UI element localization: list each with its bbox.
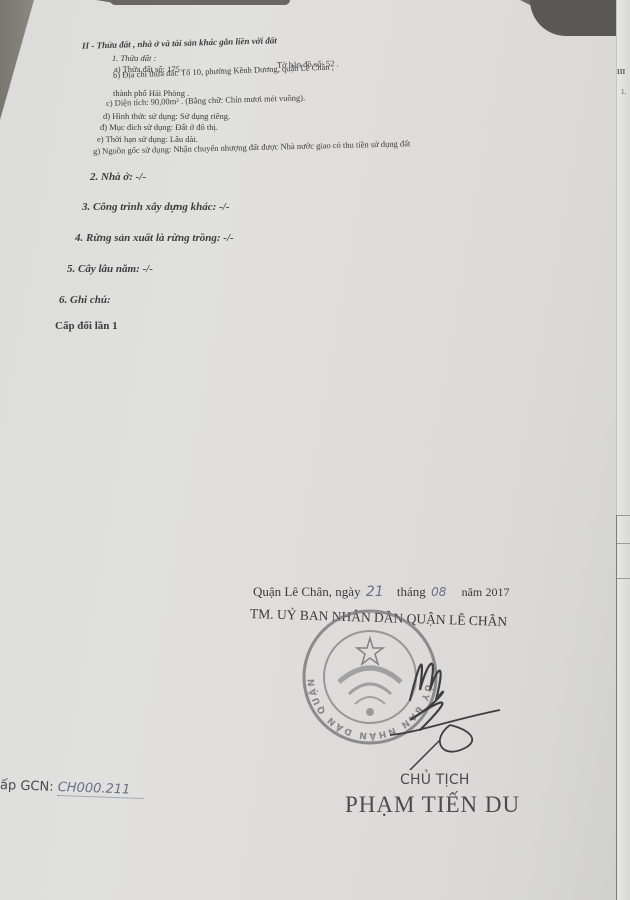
place-prefix: Quận Lê Chân, ngày	[253, 584, 361, 599]
note-value: Cấp đổi lần 1	[55, 320, 118, 332]
item-value: -/-	[219, 201, 229, 213]
document-content: II - Thửa đất , nhà ở và tài sản khác gắ…	[0, 0, 630, 900]
item-label: 4. Rừng sản xuất là rừng trồng:	[75, 232, 221, 244]
signer-title: CHỦ TỊCH	[400, 772, 470, 788]
issue-place-date: Quận Lê Chân, ngày 21 tháng 08 năm 2017	[253, 584, 510, 600]
usage-purpose: đ) Mục đích sử dụng: Đất ở đô thị.	[100, 122, 218, 132]
gcn-entry: ấp GCN: CH000.211	[0, 778, 145, 798]
gcn-number: CH000.211	[57, 780, 144, 799]
land-heading: 1. Thửa đất :	[112, 53, 156, 63]
item-perennial-trees: 5. Cây lâu năm: -/-	[67, 263, 153, 275]
gcn-label: ấp GCN:	[0, 778, 54, 795]
section-title: II - Thửa đất , nhà ở và tài sản khác gắ…	[82, 35, 277, 50]
item-house: 2. Nhà ở: -/-	[90, 171, 146, 183]
item-label: 2. Nhà ở:	[90, 171, 133, 183]
month-label: tháng	[397, 584, 426, 599]
item-label: 5. Cây lâu năm:	[67, 263, 140, 275]
issue-year: 2017	[486, 585, 510, 599]
signer-name: PHẠM TIẾN DU	[345, 792, 520, 818]
item-value: -/-	[223, 232, 233, 244]
usage-form: d) Hình thức sử dụng: Sử dụng riêng.	[103, 111, 230, 121]
year-label: năm	[462, 585, 483, 599]
item-value: -/-	[136, 171, 146, 183]
item-label: 3. Công trình xây dựng khác:	[82, 201, 216, 213]
item-production-forest: 4. Rừng sản xuất là rừng trồng: -/-	[75, 232, 234, 244]
item-other-construction: 3. Công trình xây dựng khác: -/-	[82, 201, 229, 213]
issue-month: 08	[431, 585, 446, 599]
issue-day: 21	[366, 584, 384, 600]
signature-icon	[380, 640, 510, 770]
note-label: 6. Ghi chú:	[59, 294, 111, 306]
usage-term: e) Thời hạn sử dụng: Lâu dài.	[97, 134, 198, 144]
item-value: -/-	[142, 263, 152, 275]
